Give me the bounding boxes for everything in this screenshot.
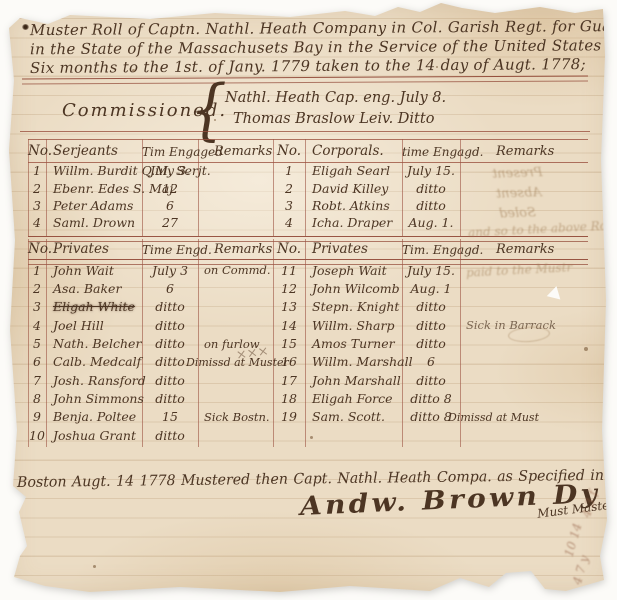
column-header-time: Tim Engaged xyxy=(142,146,198,158)
column-header-time: Tim. Engagd. xyxy=(402,244,460,256)
soldier-name-struck: Eligah White xyxy=(46,301,142,314)
column-header-no: No. xyxy=(273,145,305,159)
row-number: 10 xyxy=(28,430,46,443)
privates-right-header-row: No. Privates Tim. Engagd. Remarks xyxy=(273,237,588,262)
paper-shadow-wrap: Muster Roll of Captn. Nathl. Heath Compa… xyxy=(0,0,617,600)
soldier-name: Joshua Grant xyxy=(46,430,142,443)
table-row: 4Joel Hillditto xyxy=(28,317,273,335)
time-engaged: 12 xyxy=(142,183,198,196)
row-number: 2 xyxy=(28,183,46,196)
soldier-name: Robt. Atkins xyxy=(305,200,402,213)
title-underline-rule xyxy=(22,76,588,85)
soldier-name: John Wait xyxy=(46,265,142,278)
column-header-remarks: Remarks xyxy=(460,145,588,158)
column-header-time: Time Engd. xyxy=(142,244,198,256)
table-row: 13Stepn. Knightditto xyxy=(273,299,588,317)
foxing-speck xyxy=(436,66,438,68)
document-title-line-3: Six months to the 1st. of Jany. 1779 tak… xyxy=(30,55,586,77)
soldier-name: John Marshall xyxy=(305,375,402,388)
time-engaged: 6 xyxy=(402,356,460,369)
row-number: 1 xyxy=(28,165,46,178)
row-number: 7 xyxy=(28,375,46,388)
column-header-corporals: Corporals. xyxy=(305,145,402,159)
row-number: 15 xyxy=(273,338,305,351)
privates-left-table: No. Privates Time Engd. Remarks 1John Wa… xyxy=(28,237,273,445)
soldier-name: Joel Hill xyxy=(46,320,142,333)
privates-left-header-row: No. Privates Time Engd. Remarks xyxy=(28,237,273,262)
soldier-name: Willm. Burdit Q.M. Serjt. xyxy=(46,165,142,178)
soldier-name: Peter Adams xyxy=(46,200,142,213)
section-rule xyxy=(20,131,590,132)
column-header-no: No. xyxy=(28,145,46,159)
row-number: 3 xyxy=(28,301,46,314)
time-engaged: July 15. xyxy=(402,165,460,178)
table-row: 19Sam. Scott.ditto 8Dimissd at Must xyxy=(273,408,588,426)
foxing-speck xyxy=(352,96,354,98)
column-header-privates: Privates xyxy=(305,243,402,257)
column-header-remarks: Remarks xyxy=(460,243,588,256)
column-header-no: No. xyxy=(28,243,46,257)
soldier-name: Benja. Poltee xyxy=(46,411,142,424)
row-number: 5 xyxy=(28,338,46,351)
soldier-name: Willm. Marshall xyxy=(305,356,402,369)
row-number: 2 xyxy=(273,183,305,196)
row-number: 14 xyxy=(273,320,305,333)
row-number: 19 xyxy=(273,411,305,424)
table-row: 18Eligah Forceditto 8 xyxy=(273,390,588,408)
column-header-no: No. xyxy=(273,243,305,257)
foxing-speck xyxy=(310,436,313,439)
docket-note: 4 7 y xyxy=(570,554,592,586)
time-engaged: July 3 xyxy=(142,265,198,278)
time-engaged: ditto xyxy=(142,430,198,443)
corporals-header-row: No. Corporals. time Engagd. Remarks xyxy=(273,140,588,163)
remarks: Dimissd at Must xyxy=(442,412,588,423)
column-header-time: time Engagd. xyxy=(402,146,460,158)
soldier-name: Willm. Sharp xyxy=(305,320,402,333)
row-number: 18 xyxy=(273,393,305,406)
commissioned-brace: { xyxy=(190,76,227,143)
officer-captain: Nathl. Heath Cap. eng. July 8. xyxy=(225,90,446,106)
time-engaged: ditto xyxy=(142,320,198,333)
time-engaged: July 15. xyxy=(402,265,460,278)
foxing-speck xyxy=(93,565,96,568)
time-engaged: ditto xyxy=(402,375,460,388)
column-header-remarks: Remarks xyxy=(198,145,273,158)
time-engaged: 15 xyxy=(142,411,198,424)
row-number: 13 xyxy=(273,301,305,314)
table-row: 3Peter Adams6 xyxy=(28,197,273,214)
row-number: 4 xyxy=(28,217,46,230)
time-engaged: ditto xyxy=(402,301,460,314)
soldier-name: Stepn. Knight xyxy=(305,301,402,314)
time-engaged: 6 xyxy=(142,200,198,213)
soldier-name: Icha. Draper xyxy=(305,217,402,230)
table-row: 4Saml. Drown27 xyxy=(28,215,273,232)
row-number: 9 xyxy=(28,411,46,424)
row-number: 12 xyxy=(273,283,305,296)
table-row: 9Benja. Poltee15Sick Bostn. xyxy=(28,408,273,426)
time-engaged: ditto xyxy=(142,375,198,388)
time-engaged: ditto xyxy=(402,200,460,213)
table-row: 3Eligah Whiteditto xyxy=(28,299,273,317)
row-number: 4 xyxy=(28,320,46,333)
time-engaged: ditto xyxy=(142,393,198,406)
time-engaged: ditto xyxy=(142,338,198,351)
row-number: 17 xyxy=(273,375,305,388)
soldier-name: Eligah Searl xyxy=(305,165,402,178)
remarks: Sick Bostn. xyxy=(198,412,273,424)
time-engaged: ditto xyxy=(402,338,460,351)
foxing-speck xyxy=(132,69,135,72)
soldier-name: John Wilcomb xyxy=(305,283,402,296)
foxing-speck xyxy=(214,119,216,121)
bleedthrough-text: Absent xyxy=(496,185,542,202)
time-engaged: ditto xyxy=(142,301,198,314)
table-row: 7Josh. Ransfordditto xyxy=(28,372,273,390)
soldier-name: Josh. Ransford xyxy=(46,375,142,388)
column-header-remarks: Remarks xyxy=(198,243,273,256)
time-engaged: ditto xyxy=(402,320,460,333)
table-row: 10Joshua Grantditto xyxy=(28,427,273,445)
soldier-name: Sam. Scott. xyxy=(305,411,402,424)
column-header-serjeants: Serjeants xyxy=(46,145,142,159)
table-row: 17John Marshallditto xyxy=(273,372,588,390)
row-number: 1 xyxy=(28,265,46,278)
row-number: 3 xyxy=(273,200,305,213)
time-engaged: Aug. 1 xyxy=(402,283,460,296)
soldier-name: Joseph Wait xyxy=(305,265,402,278)
time-engaged: July 3. xyxy=(142,165,198,178)
time-engaged: 27 xyxy=(142,217,198,230)
table-row: 1John WaitJuly 3on Commd. xyxy=(28,262,273,280)
document-scan: Muster Roll of Captn. Nathl. Heath Compa… xyxy=(0,0,617,600)
row-number: 6 xyxy=(28,356,46,369)
time-engaged: ditto xyxy=(402,183,460,196)
ink-blot xyxy=(22,24,29,30)
table-row: 2Asa. Baker6 xyxy=(28,280,273,298)
row-number: 1 xyxy=(273,165,305,178)
docket-note: 10 14 xyxy=(562,522,585,559)
table-row: 1Willm. Burdit Q.M. Serjt.July 3. xyxy=(28,163,273,180)
column-header-privates: Privates xyxy=(46,243,142,257)
table-row: 8John Simmonsditto xyxy=(28,390,273,408)
soldier-name: Nath. Belcher xyxy=(46,338,142,351)
row-number: 11 xyxy=(273,265,305,278)
row-number: 8 xyxy=(28,393,46,406)
soldier-name: Eligah Force xyxy=(305,393,402,406)
soldier-name: Amos Turner xyxy=(305,338,402,351)
serjeants-header-row: No. Serjeants Tim Engaged Remarks xyxy=(28,140,273,163)
table-row: 16Willm. Marshall6 xyxy=(273,353,588,371)
soldier-name: John Simmons xyxy=(46,393,142,406)
row-number: 2 xyxy=(28,283,46,296)
bleedthrough-text: Present xyxy=(492,165,543,182)
row-number: 16 xyxy=(273,356,305,369)
remarks: on Commd. xyxy=(198,265,273,277)
row-number: 3 xyxy=(28,200,46,213)
row-number: 4 xyxy=(273,217,305,230)
time-engaged: Aug. 1. xyxy=(402,217,460,230)
table-row: 2Ebenr. Edes S. Maj.12 xyxy=(28,180,273,197)
soldier-name: David Killey xyxy=(305,183,402,196)
time-engaged: ditto 8 xyxy=(402,393,460,406)
officer-lieutenant: Thomas Braslow Leiv. Ditto xyxy=(233,111,434,127)
soldier-name: Calb. Medcalf xyxy=(46,356,142,369)
foxing-speck xyxy=(584,347,588,351)
muster-roll-paper: Muster Roll of Captn. Nathl. Heath Compa… xyxy=(0,0,617,600)
soldier-name: Asa. Baker xyxy=(46,283,142,296)
table-row: 12John WilcombAug. 1 xyxy=(273,280,588,298)
soldier-name: Saml. Drown xyxy=(46,217,142,230)
time-engaged: 6 xyxy=(142,283,198,296)
serjeants-table: No. Serjeants Tim Engaged Remarks 1Willm… xyxy=(28,140,273,232)
bleedthrough-text: Soled xyxy=(499,205,536,221)
soldier-name: Ebenr. Edes S. Maj. xyxy=(46,183,142,196)
